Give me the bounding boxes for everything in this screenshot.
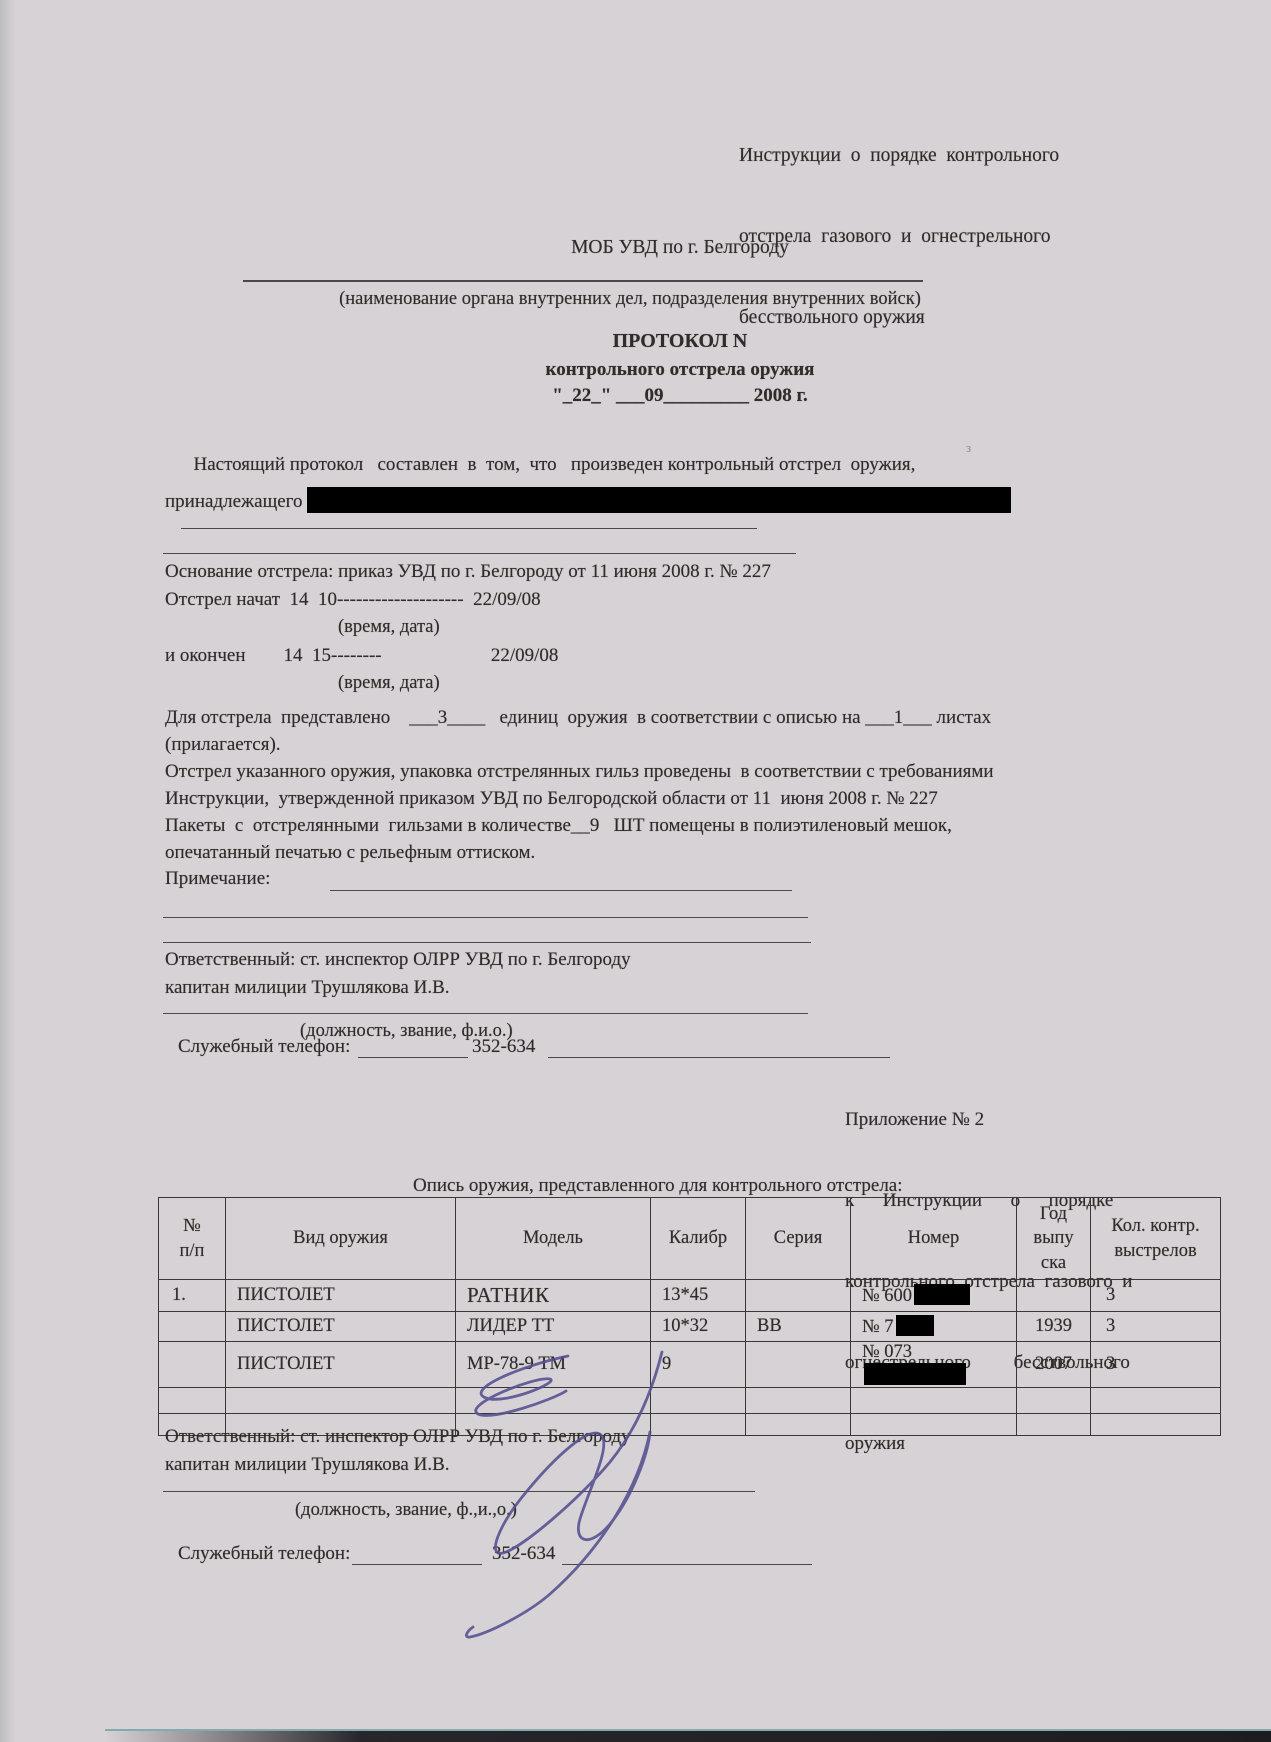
phone-blank-segment [352,1564,482,1565]
phone-value: 352-634 [492,1541,555,1567]
note-label: Примечание: [165,866,270,892]
table-row: ПИСТОЛЕТ МР-78-9 ТМ 9 № 073 2007 3 [159,1342,1221,1388]
scanned-protocol-document: Инструкции о порядке контрольного отстре… [0,0,1271,1742]
phone-label: Служебный телефон: [178,1541,350,1567]
signature-line [163,1491,755,1492]
note-blank-line [330,890,792,891]
owner-label: принадлежащего [165,491,302,512]
intro-line: Настоящий протокол составлен в том, что … [165,452,915,478]
cell-shots: 3 [1091,1342,1221,1388]
col-header-type: Вид оружия [226,1198,456,1280]
basis-line: Основание отстрела: приказ УВД по г. Бел… [165,559,771,585]
body-line-1: Для отстрела представлено ___3____ едини… [165,705,991,731]
cell-caliber: 10*32 [651,1312,746,1342]
phone-blank-segment [548,1057,890,1058]
cell-caliber: 13*45 [651,1280,746,1312]
cell-year: 1939 [1017,1312,1091,1342]
blank-line [181,528,757,529]
weapons-inventory-table: № п/п Вид оружия Модель Калибр Серия Ном… [158,1197,1221,1436]
col-header-shots: Кол. контр. выстрелов [1091,1198,1221,1280]
instruction-note-line1: Инструкции о порядке контрольного [739,142,1059,169]
cell-number: № 073 [851,1342,1017,1388]
cell-type: ПИСТОЛЕТ [226,1342,456,1388]
phone-label: Служебный телефон: [178,1034,350,1060]
signature-caption: (должность, звание, ф.,и.,о.) [295,1498,517,1523]
cell-year [1017,1280,1091,1312]
time-date-caption: (время, дата) [338,671,440,696]
scan-left-edge-shadow [0,0,16,1742]
body-line-6: опечатанный печатью с рельефным оттиском… [165,840,535,866]
organization-caption: (наименование органа внутренних дел, под… [260,287,1000,312]
cell-series [746,1280,851,1312]
col-header-caliber: Калибр [651,1198,746,1280]
responsible2-line-2: капитан милиции Трушлякова И.В. [165,1452,450,1478]
cell-model: РАТНИК [456,1280,651,1312]
serial-redaction-bar [914,1284,970,1305]
col-header-index: № п/п [159,1198,226,1280]
blank-line [163,942,811,943]
time-date-caption: (время, дата) [338,615,440,640]
body-line-2: (прилагается). [165,732,281,758]
col-header-year: Год выпу ска [1017,1198,1091,1280]
end-time-line: и окончен 14 15-------- 22/09/08 [165,643,558,669]
document-subtitle: контрольного отстрела оружия [260,357,1100,383]
responsible-line-1: Ответственный: ст. инспектор ОЛРР УВД по… [165,947,631,973]
table-header-row: № п/п Вид оружия Модель Калибр Серия Ном… [159,1198,1221,1280]
col-header-model: Модель [456,1198,651,1280]
phone-blank-segment [358,1057,468,1058]
owner-redaction-bar [307,487,1011,513]
body-line-4: Инструкции, утвержденной приказом УВД по… [165,786,938,812]
cell-shots: 3 [1091,1280,1221,1312]
appendix-line1: Приложение № 2 [845,1106,1132,1133]
start-time-line: Отстрел начат 14 10-------------------- … [165,587,541,613]
table-row-empty [159,1388,1221,1414]
blank-line [163,553,796,554]
owner-line: принадлежащего [165,481,1011,515]
signature-tail [466,1432,650,1637]
cell-shots: 3 [1091,1312,1221,1342]
phone-blank-segment [562,1564,812,1565]
cell-model: ЛИДЕР ТТ [456,1312,651,1342]
cell-index: 1. [159,1280,226,1312]
scan-bottom-edge-shadow [105,1729,1271,1742]
responsible-line-2: капитан милиции Трушлякова И.В. [165,975,450,1001]
body-line-3: Отстрел указанного оружия, упаковка отст… [165,759,994,785]
phone-value: 352-634 [472,1034,535,1060]
cell-number: № 7 [851,1312,1017,1342]
signature-line [163,1013,808,1014]
cell-number: № 600 [851,1280,1017,1312]
cell-series: ВВ [746,1312,851,1342]
cell-model: МР-78-9 ТМ [456,1342,651,1388]
cell-caliber: 9 [651,1342,746,1388]
serial-redaction-bar [864,1363,966,1385]
cell-index [159,1312,226,1342]
body-line-5: Пакеты с отстрелянными гильзами в количе… [165,813,952,839]
organization-underline [243,280,923,282]
cell-type: ПИСТОЛЕТ [226,1312,456,1342]
cell-index [159,1342,226,1388]
document-title: ПРОТОКОЛ N [260,330,1100,353]
table-caption: Опись оружия, представленного для контро… [413,1173,903,1199]
scan-artifact-mark: з [966,440,971,456]
organization-name: МОБ УВД по г. Белгороду [260,237,1100,259]
cell-series [746,1342,851,1388]
col-header-series: Серия [746,1198,851,1280]
document-date-line: "_22_" ___09_________ 2008 г. [260,383,1100,409]
serial-redaction-bar [896,1315,934,1336]
col-header-number: Номер [851,1198,1017,1280]
cell-type: ПИСТОЛЕТ [226,1280,456,1312]
table-row: 1. ПИСТОЛЕТ РАТНИК 13*45 № 600 3 [159,1280,1221,1312]
table-row: ПИСТОЛЕТ ЛИДЕР ТТ 10*32 ВВ № 7 1939 3 [159,1312,1221,1342]
responsible2-line-1: Ответственный: ст. инспектор ОЛРР УВД по… [165,1424,631,1450]
cell-year: 2007 [1017,1342,1091,1388]
blank-line [163,917,808,918]
